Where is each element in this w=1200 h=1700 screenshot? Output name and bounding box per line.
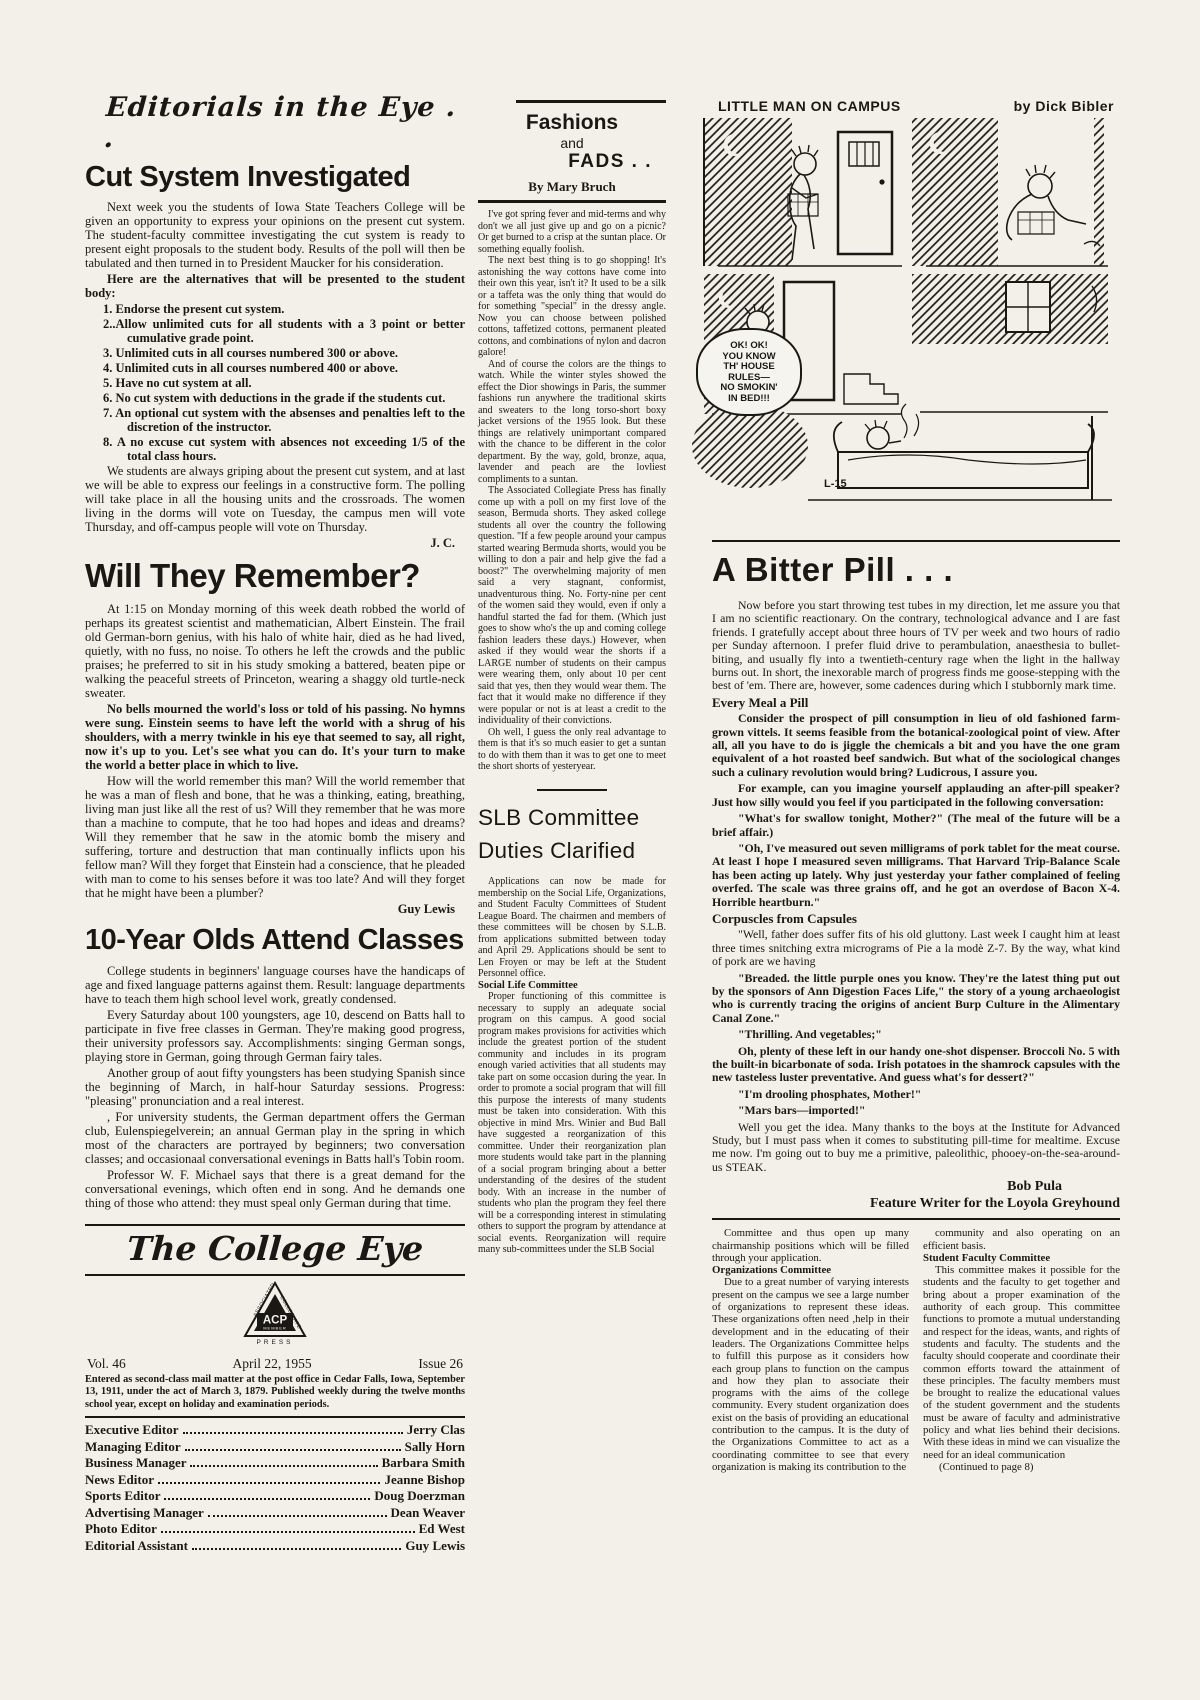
staff-role: Editorial Assistant xyxy=(85,1538,188,1555)
paragraph: This committee makes it possible for the… xyxy=(923,1264,1120,1461)
paragraph: We students are always griping about the… xyxy=(85,464,465,534)
article-ten-year-olds: 10-Year Olds Attend Classes College stud… xyxy=(85,925,465,1209)
paragraph: Every Saturday about 100 youngsters, age… xyxy=(85,1008,465,1064)
author-title: Feature Writer for the Loyola Greyhound xyxy=(712,1195,1120,1212)
paragraph: No bells mourned the world's loss or tol… xyxy=(85,702,465,772)
dotted-leader xyxy=(208,1515,387,1517)
comic-stage: OK! OK! YOU KNOW TH' HOUSE RULES— NO SMO… xyxy=(688,116,1120,514)
volume-label: Vol. 46 xyxy=(87,1356,126,1372)
dotted-leader xyxy=(185,1449,401,1451)
paragraph: At 1:15 on Monday morning of this week d… xyxy=(85,602,465,700)
divider xyxy=(537,789,607,791)
divider xyxy=(712,1218,1120,1220)
speech-bubble: OK! OK! YOU KNOW TH' HOUSE RULES— NO SMO… xyxy=(696,328,802,416)
staff-name: Sally Horn xyxy=(405,1439,465,1456)
paragraph: The next best thing is to go shopping! I… xyxy=(478,255,666,359)
list-item: 7. An optional cut system with the absen… xyxy=(85,406,465,434)
staff-list: Executive EditorJerry Clas Managing Edit… xyxy=(85,1416,465,1554)
dotted-leader xyxy=(158,1482,380,1484)
left-column: Editorials in the Eye . . Cut System Inv… xyxy=(85,92,465,1554)
list-item: 6. No cut system with deductions in the … xyxy=(85,391,465,405)
dotted-leader xyxy=(190,1465,377,1467)
paragraph: College students in beginners' language … xyxy=(85,964,465,1006)
cut-system-headline: Cut System Investigated xyxy=(85,162,465,192)
paragraph: community and also operating on an effic… xyxy=(923,1227,1120,1252)
divider xyxy=(478,200,666,203)
fashions-headline: Fashions xyxy=(478,111,666,135)
dotted-leader xyxy=(164,1498,370,1500)
subhead-student-faculty: Student Faculty Committee xyxy=(923,1252,1120,1264)
paragraph: "Oh, I've measured out seven milligrams … xyxy=(712,842,1120,909)
dotted-leader xyxy=(161,1531,415,1533)
slb-headline-line2: Duties Clarified xyxy=(478,834,666,868)
byline-initials: J. C. xyxy=(85,536,465,551)
editorials-script-header: Editorials in the Eye . . xyxy=(83,92,467,154)
staff-name: Jeanne Bishop xyxy=(384,1472,465,1489)
acp-press-logo-icon: ACP MEMBER ASSOCIATED COLLEGIATE PRESS xyxy=(242,1281,308,1347)
list-item: 5. Have no cut system at all. xyxy=(85,376,465,390)
issue-date: April 22, 1955 xyxy=(233,1356,312,1372)
staff-row: News EditorJeanne Bishop xyxy=(85,1472,465,1489)
list-item: 1. Endorse the present cut system. xyxy=(85,302,465,316)
staff-row: Executive EditorJerry Clas xyxy=(85,1422,465,1439)
staff-role: News Editor xyxy=(85,1472,154,1489)
comic-title: LITTLE MAN ON CAMPUS xyxy=(718,98,901,114)
paragraph: And of course the colors are the things … xyxy=(478,359,666,486)
issue-number: Issue 26 xyxy=(418,1356,463,1372)
dotted-leader xyxy=(192,1548,401,1550)
staff-row: Business ManagerBarbara Smith xyxy=(85,1455,465,1472)
fashions-body: I've got spring fever and mid-terms and … xyxy=(478,209,666,773)
svg-text:MEMBER: MEMBER xyxy=(263,1325,287,1330)
cut-alternatives-list: 1. Endorse the present cut system. 2..Al… xyxy=(85,302,465,463)
continuation-columns: Committee and thus open up many chairman… xyxy=(712,1227,1120,1473)
subhead-every-meal: Every Meal a Pill xyxy=(712,696,1120,709)
fashions-byline: By Mary Bruch xyxy=(478,179,666,195)
paragraph: "I'm drooling phosphates, Mother!" xyxy=(712,1088,1120,1101)
staff-name: Guy Lewis xyxy=(405,1538,465,1555)
author-name: Bob Pula xyxy=(712,1178,1120,1195)
paragraph: Now before you start throwing test tubes… xyxy=(712,599,1120,693)
slb-headline-line1: SLB Committee xyxy=(478,801,666,835)
paragraph: I've got spring fever and mid-terms and … xyxy=(478,209,666,255)
staff-name: Doug Doerzman xyxy=(374,1488,465,1505)
paragraph: The Associated Collegiate Press has fina… xyxy=(478,485,666,727)
paragraph: Consider the prospect of pill consumptio… xyxy=(712,712,1120,779)
divider xyxy=(712,540,1120,542)
bitter-pill-signature: Bob Pula Feature Writer for the Loyola G… xyxy=(712,1178,1120,1212)
bitter-pill-headline: A Bitter Pill . . . xyxy=(712,551,1120,589)
staff-row: Photo EditorEd West xyxy=(85,1521,465,1538)
speech-bubble-line: NO SMOKIN' xyxy=(704,383,794,394)
paragraph: Here are the alternatives that will be p… xyxy=(85,272,465,300)
continuation-column-b: community and also operating on an effic… xyxy=(923,1227,1120,1473)
comic-title-row: LITTLE MAN ON CAMPUS by Dick Bibler xyxy=(688,98,1120,116)
article-cut-system: Cut System Investigated Next week you th… xyxy=(85,162,465,551)
staff-role: Executive Editor xyxy=(85,1422,179,1439)
continuation-column-a: Committee and thus open up many chairman… xyxy=(712,1227,909,1473)
speech-bubble-line: OK! OK! xyxy=(704,341,794,352)
fashions-headline-and: and xyxy=(478,135,666,151)
staff-row: Advertising ManagerDean Weaver xyxy=(85,1505,465,1522)
staff-role: Managing Editor xyxy=(85,1439,181,1456)
paragraph: Due to a great number of varying interes… xyxy=(712,1276,909,1473)
paragraph: Applications can now be made for members… xyxy=(478,876,666,980)
staff-role: Advertising Manager xyxy=(85,1505,204,1522)
list-item: 8. A no excuse cut system with absences … xyxy=(85,435,465,463)
article-will-they-remember: Will They Remember? At 1:15 on Monday mo… xyxy=(85,559,465,917)
subhead-organizations: Organizations Committee xyxy=(712,1264,909,1276)
paragraph: Next week you the students of Iowa State… xyxy=(85,200,465,270)
volume-row: Vol. 46 April 22, 1955 Issue 26 xyxy=(85,1354,465,1374)
speech-bubble-line: IN BED!!! xyxy=(704,394,794,405)
right-column: A Bitter Pill . . . Now before you start… xyxy=(712,540,1120,1473)
paragraph: Committee and thus open up many chairman… xyxy=(712,1227,909,1264)
paragraph: Well you get the idea. Many thanks to th… xyxy=(712,1121,1120,1175)
comic-signature: L-15 xyxy=(824,478,847,490)
paragraph: Oh well, I guess the only real advantage… xyxy=(478,727,666,773)
staff-row: Managing EditorSally Horn xyxy=(85,1439,465,1456)
paragraph: How will the world remember this man? Wi… xyxy=(85,774,465,900)
slb-body: Applications can now be made for members… xyxy=(478,876,666,1256)
paragraph: Professor W. F. Michael says that there … xyxy=(85,1168,465,1210)
subhead-corpuscles: Corpuscles from Capsules xyxy=(712,912,1120,925)
middle-column: Fashions and FADS . . By Mary Bruch I've… xyxy=(478,100,666,1256)
classes-headline: 10-Year Olds Attend Classes xyxy=(85,925,465,955)
staff-role: Business Manager xyxy=(85,1455,186,1472)
dotted-leader xyxy=(183,1432,403,1434)
list-item: 4. Unlimited cuts in all courses numbere… xyxy=(85,361,465,375)
svg-text:PRESS: PRESS xyxy=(256,1339,293,1346)
subhead-social-life: Social Life Committee xyxy=(478,980,666,992)
paragraph: Oh, plenty of these left in our handy on… xyxy=(712,1045,1120,1085)
speech-bubble-line: TH' HOUSE xyxy=(704,362,794,373)
paragraph: Another group of aout fifty youngsters h… xyxy=(85,1066,465,1108)
comic-strip: LITTLE MAN ON CAMPUS by Dick Bibler xyxy=(688,98,1120,514)
remember-headline: Will They Remember? xyxy=(85,559,465,594)
paragraph: "What's for swallow tonight, Mother?" (T… xyxy=(712,812,1120,839)
staff-row: Sports EditorDoug Doerzman xyxy=(85,1488,465,1505)
paragraph: "Well, father does suffer fits of his ol… xyxy=(712,928,1120,968)
staff-role: Photo Editor xyxy=(85,1521,157,1538)
staff-name: Barbara Smith xyxy=(382,1455,465,1472)
paragraph: Proper functioning of this committee is … xyxy=(478,991,666,1256)
paragraph: "Thrilling. And vegetables;" xyxy=(712,1028,1120,1041)
paragraph: "Breaded. the little purple ones you kno… xyxy=(712,972,1120,1026)
acp-press-logo: ACP MEMBER ASSOCIATED COLLEGIATE PRESS xyxy=(85,1276,465,1354)
fads-headline: FADS . . xyxy=(478,151,666,173)
divider xyxy=(516,100,666,103)
comic-art xyxy=(688,116,1120,514)
paragraph: For example, can you imagine yourself ap… xyxy=(712,782,1120,809)
staff-name: Ed West xyxy=(419,1521,465,1538)
newspaper-page: { "colors": { "ink": "#1a1814", "paper":… xyxy=(0,0,1200,1700)
list-item: 3. Unlimited cuts in all courses numbere… xyxy=(85,346,465,360)
staff-name: Dean Weaver xyxy=(391,1505,466,1522)
list-item: 2..Allow unlimited cuts for all students… xyxy=(85,317,465,345)
slb-headline: SLB Committee Duties Clarified xyxy=(478,801,666,869)
comic-byline: by Dick Bibler xyxy=(1014,98,1114,114)
paragraph: , For university students, the German de… xyxy=(85,1110,465,1166)
staff-name: Jerry Clas xyxy=(407,1422,465,1439)
paragraph: "Mars bars—imported!" xyxy=(712,1104,1120,1117)
staff-row: Editorial AssistantGuy Lewis xyxy=(85,1538,465,1555)
byline: Guy Lewis xyxy=(85,902,465,917)
entered-notice: Entered as second-class mail matter at t… xyxy=(85,1374,465,1412)
continued-notice: (Continued to page 8) xyxy=(923,1461,1120,1473)
paper-name-script: The College Eye xyxy=(83,1226,466,1274)
masthead: The College Eye ACP MEMBER ASSOCIATED CO… xyxy=(85,1224,465,1555)
bitter-pill-body: Now before you start throwing test tubes… xyxy=(712,599,1120,1174)
staff-role: Sports Editor xyxy=(85,1488,160,1505)
